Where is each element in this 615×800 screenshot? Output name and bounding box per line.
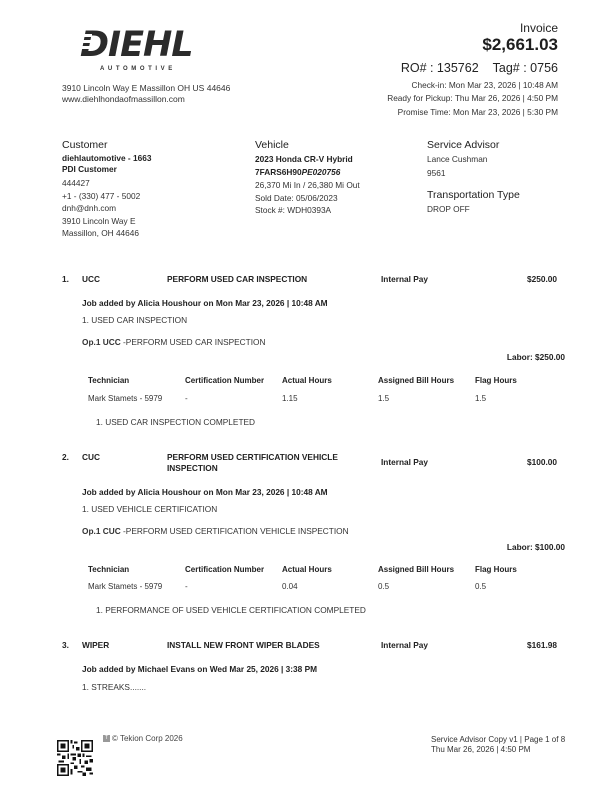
job-description: INSTALL NEW FRONT WIPER BLADES <box>167 640 352 651</box>
job-added-by: Job added by Alicia Houshour on Mon Mar … <box>82 298 328 308</box>
logo-speed-line <box>70 40 92 43</box>
vin-prefix: 7FARS6H90 <box>255 167 302 177</box>
customer-id: 444427 <box>62 177 232 190</box>
customer-name: diehlautomotive - 1663 <box>62 153 232 164</box>
th-actual-hours: Actual Hours <box>282 376 332 385</box>
td-assigned-bill-hours: 1.5 <box>378 394 389 403</box>
job-description: PERFORM USED CERTIFICATION VEHICLE INSPE… <box>167 452 352 474</box>
job-labor: Labor: $250.00 <box>507 352 565 362</box>
promise-time: Promise Time: Mon Mar 23, 2026 | 5:30 PM <box>387 106 558 119</box>
invoice-title: Invoice <box>520 21 558 35</box>
vehicle-sold-date: Sold Date: 05/06/2023 <box>255 192 375 205</box>
job-amount: $250.00 <box>527 274 557 284</box>
th-assigned-bill-hours: Assigned Bill Hours <box>378 565 454 574</box>
job-code: CUC <box>82 452 100 462</box>
job-number: 1. <box>62 274 69 284</box>
customer-phone: +1 - (330) 477 - 5002 <box>62 190 232 203</box>
transport-heading: Transportation Type <box>427 188 587 202</box>
th-cert-number: Certification Number <box>185 565 264 574</box>
job-amount: $100.00 <box>527 457 557 467</box>
td-actual-hours: 1.15 <box>282 394 298 403</box>
tekion-copyright: T© Tekion Corp 2026 <box>103 734 183 743</box>
job-code: WIPER <box>82 640 109 650</box>
customer-city: Massillon, OH 44646 <box>62 227 232 240</box>
job-added-by: Job added by Michael Evans on Wed Mar 25… <box>82 664 317 674</box>
op-label: Op.1 UCC <box>82 337 121 347</box>
job-amount: $161.98 <box>527 640 557 650</box>
customer-email: dnh@dnh.com <box>62 202 232 215</box>
op-label: Op.1 CUC <box>82 526 121 536</box>
job-number: 2. <box>62 452 69 462</box>
vin-suffix: PE020756 <box>302 167 341 177</box>
td-cert-number: - <box>185 394 188 403</box>
job-correction: 1. USED CAR INSPECTION COMPLETED <box>96 417 255 427</box>
job-concern: 1. USED CAR INSPECTION <box>82 315 187 325</box>
vehicle-heading: Vehicle <box>255 138 375 152</box>
job-correction: 1. PERFORMANCE OF USED VEHICLE CERTIFICA… <box>96 605 366 615</box>
job-code: UCC <box>82 274 100 284</box>
th-cert-number: Certification Number <box>185 376 264 385</box>
tag-number: Tag# : 0756 <box>493 61 558 75</box>
job-added-by: Job added by Alicia Houshour on Mon Mar … <box>82 487 328 497</box>
td-cert-number: - <box>185 582 188 591</box>
ro-number: RO# : 135762 <box>401 61 479 75</box>
logo-subtitle: AUTOMOTIVE <box>100 66 176 72</box>
invoice-total: $2,661.03 <box>482 35 558 55</box>
job-concern: 1. STREAKS....... <box>82 682 146 692</box>
customer-type: PDI Customer <box>62 164 232 175</box>
job-pay-type: Internal Pay <box>381 274 428 284</box>
dealer-address: 3910 Lincoln Way E Massillon OH US 44646 <box>62 83 230 94</box>
op-description: -PERFORM USED CERTIFICATION VEHICLE INSP… <box>121 526 349 536</box>
th-actual-hours: Actual Hours <box>282 565 332 574</box>
ready-for-pickup-date: Ready for Pickup: Thu Mar 26, 2026 | 4:5… <box>387 92 558 105</box>
vehicle-model: 2023 Honda CR-V Hybrid <box>255 153 375 166</box>
vehicle-vin: 7FARS6H90PE020756 <box>255 166 375 179</box>
job-pay-type: Internal Pay <box>381 640 428 650</box>
job-concern: 1. USED VEHICLE CERTIFICATION <box>82 504 217 514</box>
advisor-id: 9561 <box>427 167 587 180</box>
dealer-website: www.diehlhondaofmassillon.com <box>62 94 230 105</box>
vehicle-section: Vehicle 2023 Honda CR-V Hybrid 7FARS6H90… <box>255 138 375 217</box>
transport-type: DROP OFF <box>427 203 587 216</box>
invoice-page: DIEHL AUTOMOTIVE 3910 Lincoln Way E Mass… <box>0 0 615 800</box>
logo-speed-line <box>70 34 92 37</box>
customer-street: 3910 Lincoln Way E <box>62 215 232 228</box>
th-technician: Technician <box>88 376 129 385</box>
dealer-logo: DIEHL AUTOMOTIVE <box>70 26 195 74</box>
footer-page-info: Service Advisor Copy v1 | Page 1 of 8 Th… <box>431 735 565 755</box>
job-number: 3. <box>62 640 69 650</box>
td-flag-hours: 0.5 <box>475 582 486 591</box>
th-flag-hours: Flag Hours <box>475 565 517 574</box>
ro-tag-line: RO# : 135762Tag# : 0756 <box>401 61 558 75</box>
copyright-text: © Tekion Corp 2026 <box>112 734 183 743</box>
td-technician: Mark Stamets - 5979 <box>88 582 162 591</box>
job-operation: Op.1 CUC -PERFORM USED CERTIFICATION VEH… <box>82 526 349 536</box>
vehicle-stock: Stock #: WDH0393A <box>255 204 375 217</box>
copy-page-info: Service Advisor Copy v1 | Page 1 of 8 <box>431 735 565 745</box>
advisor-heading: Service Advisor <box>427 138 587 152</box>
logo-speed-line <box>70 46 92 49</box>
logo-wordmark: DIEHL <box>80 26 193 64</box>
check-in-date: Check-in: Mon Mar 23, 2026 | 10:48 AM <box>387 79 558 92</box>
invoice-dates: Check-in: Mon Mar 23, 2026 | 10:48 AM Re… <box>387 79 558 119</box>
advisor-name: Lance Cushman <box>427 153 587 166</box>
vehicle-mileage: 26,370 Mi In / 26,380 Mi Out <box>255 180 375 191</box>
td-flag-hours: 1.5 <box>475 394 486 403</box>
customer-heading: Customer <box>62 138 232 152</box>
customer-section: Customer diehlautomotive - 1663 PDI Cust… <box>62 138 232 240</box>
th-assigned-bill-hours: Assigned Bill Hours <box>378 376 454 385</box>
th-technician: Technician <box>88 565 129 574</box>
td-assigned-bill-hours: 0.5 <box>378 582 389 591</box>
job-pay-type: Internal Pay <box>381 457 428 467</box>
td-technician: Mark Stamets - 5979 <box>88 394 162 403</box>
td-actual-hours: 0.04 <box>282 582 298 591</box>
printed-date: Thu Mar 26, 2026 | 4:50 PM <box>431 745 565 755</box>
op-description: -PERFORM USED CAR INSPECTION <box>121 337 266 347</box>
qr-code <box>57 740 93 776</box>
tekion-logo-icon: T <box>103 735 110 742</box>
th-flag-hours: Flag Hours <box>475 376 517 385</box>
advisor-section: Service Advisor Lance Cushman 9561 Trans… <box>427 138 587 216</box>
dealer-address-block: 3910 Lincoln Way E Massillon OH US 44646… <box>62 83 230 105</box>
job-description: PERFORM USED CAR INSPECTION <box>167 274 352 285</box>
job-operation: Op.1 UCC -PERFORM USED CAR INSPECTION <box>82 337 265 347</box>
job-labor: Labor: $100.00 <box>507 542 565 552</box>
